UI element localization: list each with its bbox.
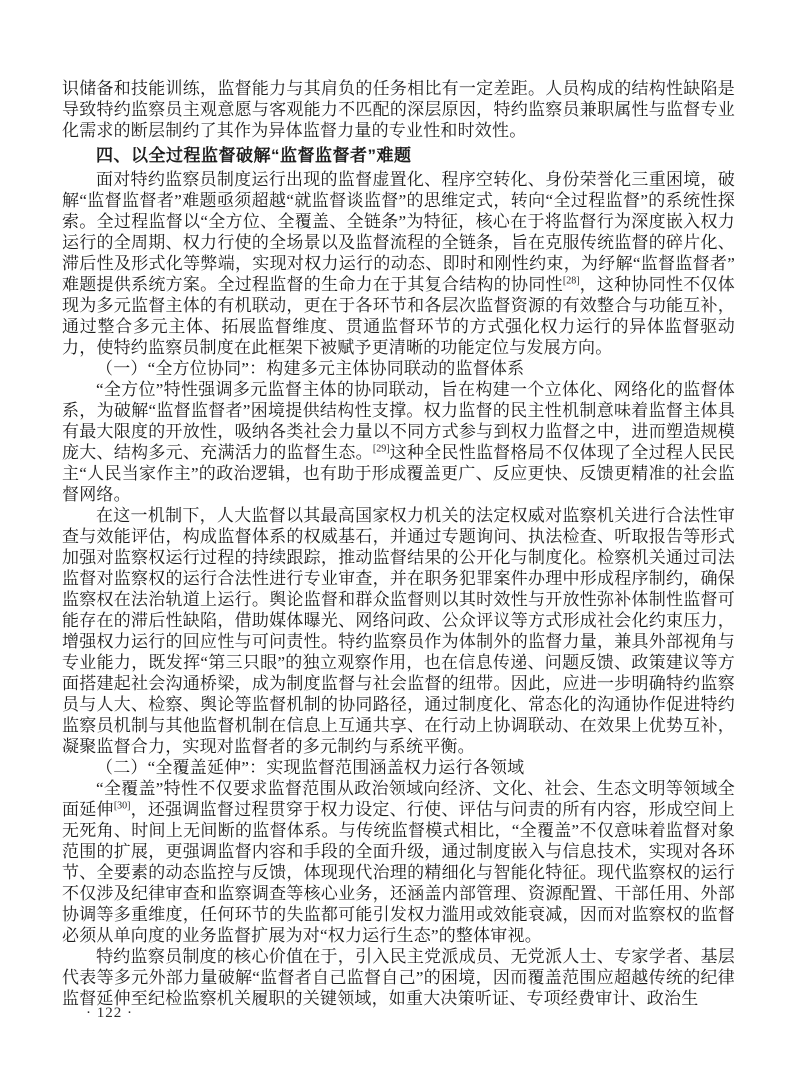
section-heading: 四、以全过程监督破解“监督监督者”难题 [62,141,735,169]
page-content: 识储备和技能训练，监督能力与其肩负的任务相比有一定差距。人员构成的结构性缺陷是导… [62,78,735,1009]
paragraph: “全方位”特性强调多元监督主体的协同联动，旨在构建一个立体化、网络化的监督体系，… [62,379,735,505]
page-number: · 122 · [86,1005,133,1022]
paragraph: 在这一机制下，人大监督以其最高国家权力机关的法定权威对监察机关进行合法性审查与效… [62,505,735,757]
subsection-heading: （一）“全方位协同”：构建多元主体协同联动的监督体系 [62,358,735,379]
footnote-reference: [30] [114,800,131,811]
paragraph: 识储备和技能训练，监督能力与其肩负的任务相比有一定差距。人员构成的结构性缺陷是导… [62,78,735,141]
footnote-reference: [29] [373,443,390,454]
document-page: 识储备和技能训练，监督能力与其肩负的任务相比有一定差距。人员构成的结构性缺陷是导… [0,0,793,1077]
paragraph: 特约监察员制度的核心价值在于，引入民主党派成员、无党派人士、专家学者、基层代表等… [62,946,735,1009]
paragraph: 面对特约监察员制度运行出现的监督虚置化、程序空转化、身份荣誉化三重困境，破解“监… [62,169,735,358]
subsection-heading: （二）“全覆盖延伸”：实现监督范围涵盖权力运行各领域 [62,757,735,778]
paragraph: “全覆盖”特性不仅要求监督范围从政治领域向经济、文化、社会、生态文明等领域全面延… [62,778,735,946]
footnote-reference: [28] [563,275,580,286]
